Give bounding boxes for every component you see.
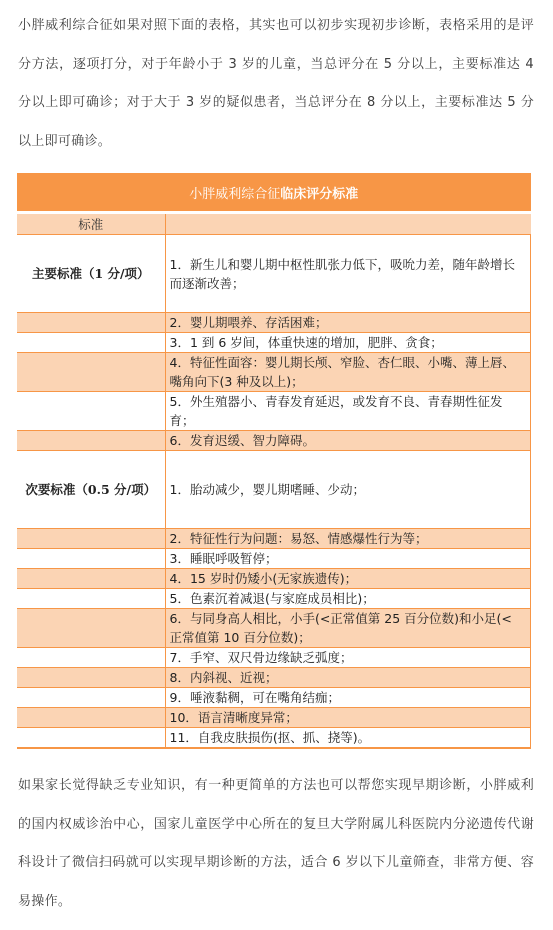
table-row: 主要标准（1 分/项） 1．新生儿和婴儿期中枢性肌张力低下，吸吮力差，随年龄增长…	[17, 235, 531, 313]
minor-item-1: 1．胎动减少，婴儿期嗜睡、少动；	[165, 451, 531, 529]
major-item-3: 3．1 到 6 岁间，体重快速的增加，肥胖、贪食；	[165, 333, 531, 353]
minor-category-label: 次要标准（0.5 分/项）	[17, 451, 165, 529]
table-row: 3．睡眠呼吸暂停；	[17, 549, 531, 569]
minor-item-5: 5．色素沉着减退(与家庭成员相比)；	[165, 589, 531, 609]
table-title-prefix: 小胖威利综合征	[189, 187, 280, 202]
table-row: 5．外生殖器小、青春发育延迟，或发育不良、青春期性征发育；	[17, 392, 531, 431]
header-standard: 标准	[17, 213, 165, 235]
table-row: 8．内斜视、近视；	[17, 668, 531, 688]
major-item-2: 2．婴儿期喂养、存活困难；	[165, 313, 531, 333]
major-item-4: 4．特征性面容：婴儿期长颅、窄脸、杏仁眼、小嘴、薄上唇、嘴角向下(3 种及以上)…	[165, 353, 531, 392]
table-header-row: 标准	[17, 213, 531, 235]
table-title: 小胖威利综合征临床评分标准	[17, 173, 531, 213]
table-row: 3．1 到 6 岁间，体重快速的增加，肥胖、贪食；	[17, 333, 531, 353]
table-row: 9．唾液黏稠，可在嘴角结痂；	[17, 688, 531, 708]
table-row: 2．特征性行为问题：易怒、情感爆性行为等；	[17, 529, 531, 549]
major-item-1: 1．新生儿和婴儿期中枢性肌张力低下，吸吮力差，随年龄增长而逐渐改善；	[165, 235, 531, 313]
table-row: 7．手窄、双尺骨边缘缺乏弧度；	[17, 648, 531, 668]
minor-item-10: 10．语言清晰度异常；	[165, 708, 531, 728]
major-item-5: 5．外生殖器小、青春发育延迟，或发育不良、青春期性征发育；	[165, 392, 531, 431]
table-title-row: 小胖威利综合征临床评分标准	[17, 173, 531, 213]
major-item-6: 6．发育迟缓、智力障碍。	[165, 431, 531, 451]
table-row: 4．15 岁时仍矮小(无家族遗传)；	[17, 569, 531, 589]
minor-item-9: 9．唾液黏稠，可在嘴角结痂；	[165, 688, 531, 708]
table-row: 4．特征性面容：婴儿期长颅、窄脸、杏仁眼、小嘴、薄上唇、嘴角向下(3 种及以上)…	[17, 353, 531, 392]
table-title-suffix: 临床评分标准	[280, 187, 358, 202]
header-blank	[165, 213, 531, 235]
scoring-table: 小胖威利综合征临床评分标准 标准 主要标准（1 分/项） 1．新生儿和婴儿期中枢…	[17, 173, 531, 749]
minor-item-4: 4．15 岁时仍矮小(无家族遗传)；	[165, 569, 531, 589]
table-row: 10．语言清晰度异常；	[17, 708, 531, 728]
table-row: 次要标准（0.5 分/项） 1．胎动减少，婴儿期嗜睡、少动；	[17, 451, 531, 529]
table-row: 11．自我皮肤损伤(抠、抓、挠等)。	[17, 728, 531, 749]
minor-item-2: 2．特征性行为问题：易怒、情感爆性行为等；	[165, 529, 531, 549]
minor-item-8: 8．内斜视、近视；	[165, 668, 531, 688]
table-row: 2．婴儿期喂养、存活困难；	[17, 313, 531, 333]
minor-item-6: 6．与同身高人相比，小手(<正常值第 25 百分位数)和小足(<正常值第 10 …	[165, 609, 531, 648]
intro-paragraph: 小胖威利综合征如果对照下面的表格，其实也可以初步实现初步诊断，表格采用的是评分方…	[18, 7, 534, 161]
table-row: 6．发育迟缓、智力障碍。	[17, 431, 531, 451]
closing-paragraph: 如果家长觉得缺乏专业知识，有一种更简单的方法也可以帮您实现早期诊断，小胖威利的国…	[18, 767, 534, 921]
table-row: 5．色素沉着减退(与家庭成员相比)；	[17, 589, 531, 609]
minor-item-7: 7．手窄、双尺骨边缘缺乏弧度；	[165, 648, 531, 668]
minor-item-3: 3．睡眠呼吸暂停；	[165, 549, 531, 569]
table-row: 6．与同身高人相比，小手(<正常值第 25 百分位数)和小足(<正常值第 10 …	[17, 609, 531, 648]
major-category-label: 主要标准（1 分/项）	[17, 235, 165, 313]
minor-item-11: 11．自我皮肤损伤(抠、抓、挠等)。	[165, 728, 531, 749]
